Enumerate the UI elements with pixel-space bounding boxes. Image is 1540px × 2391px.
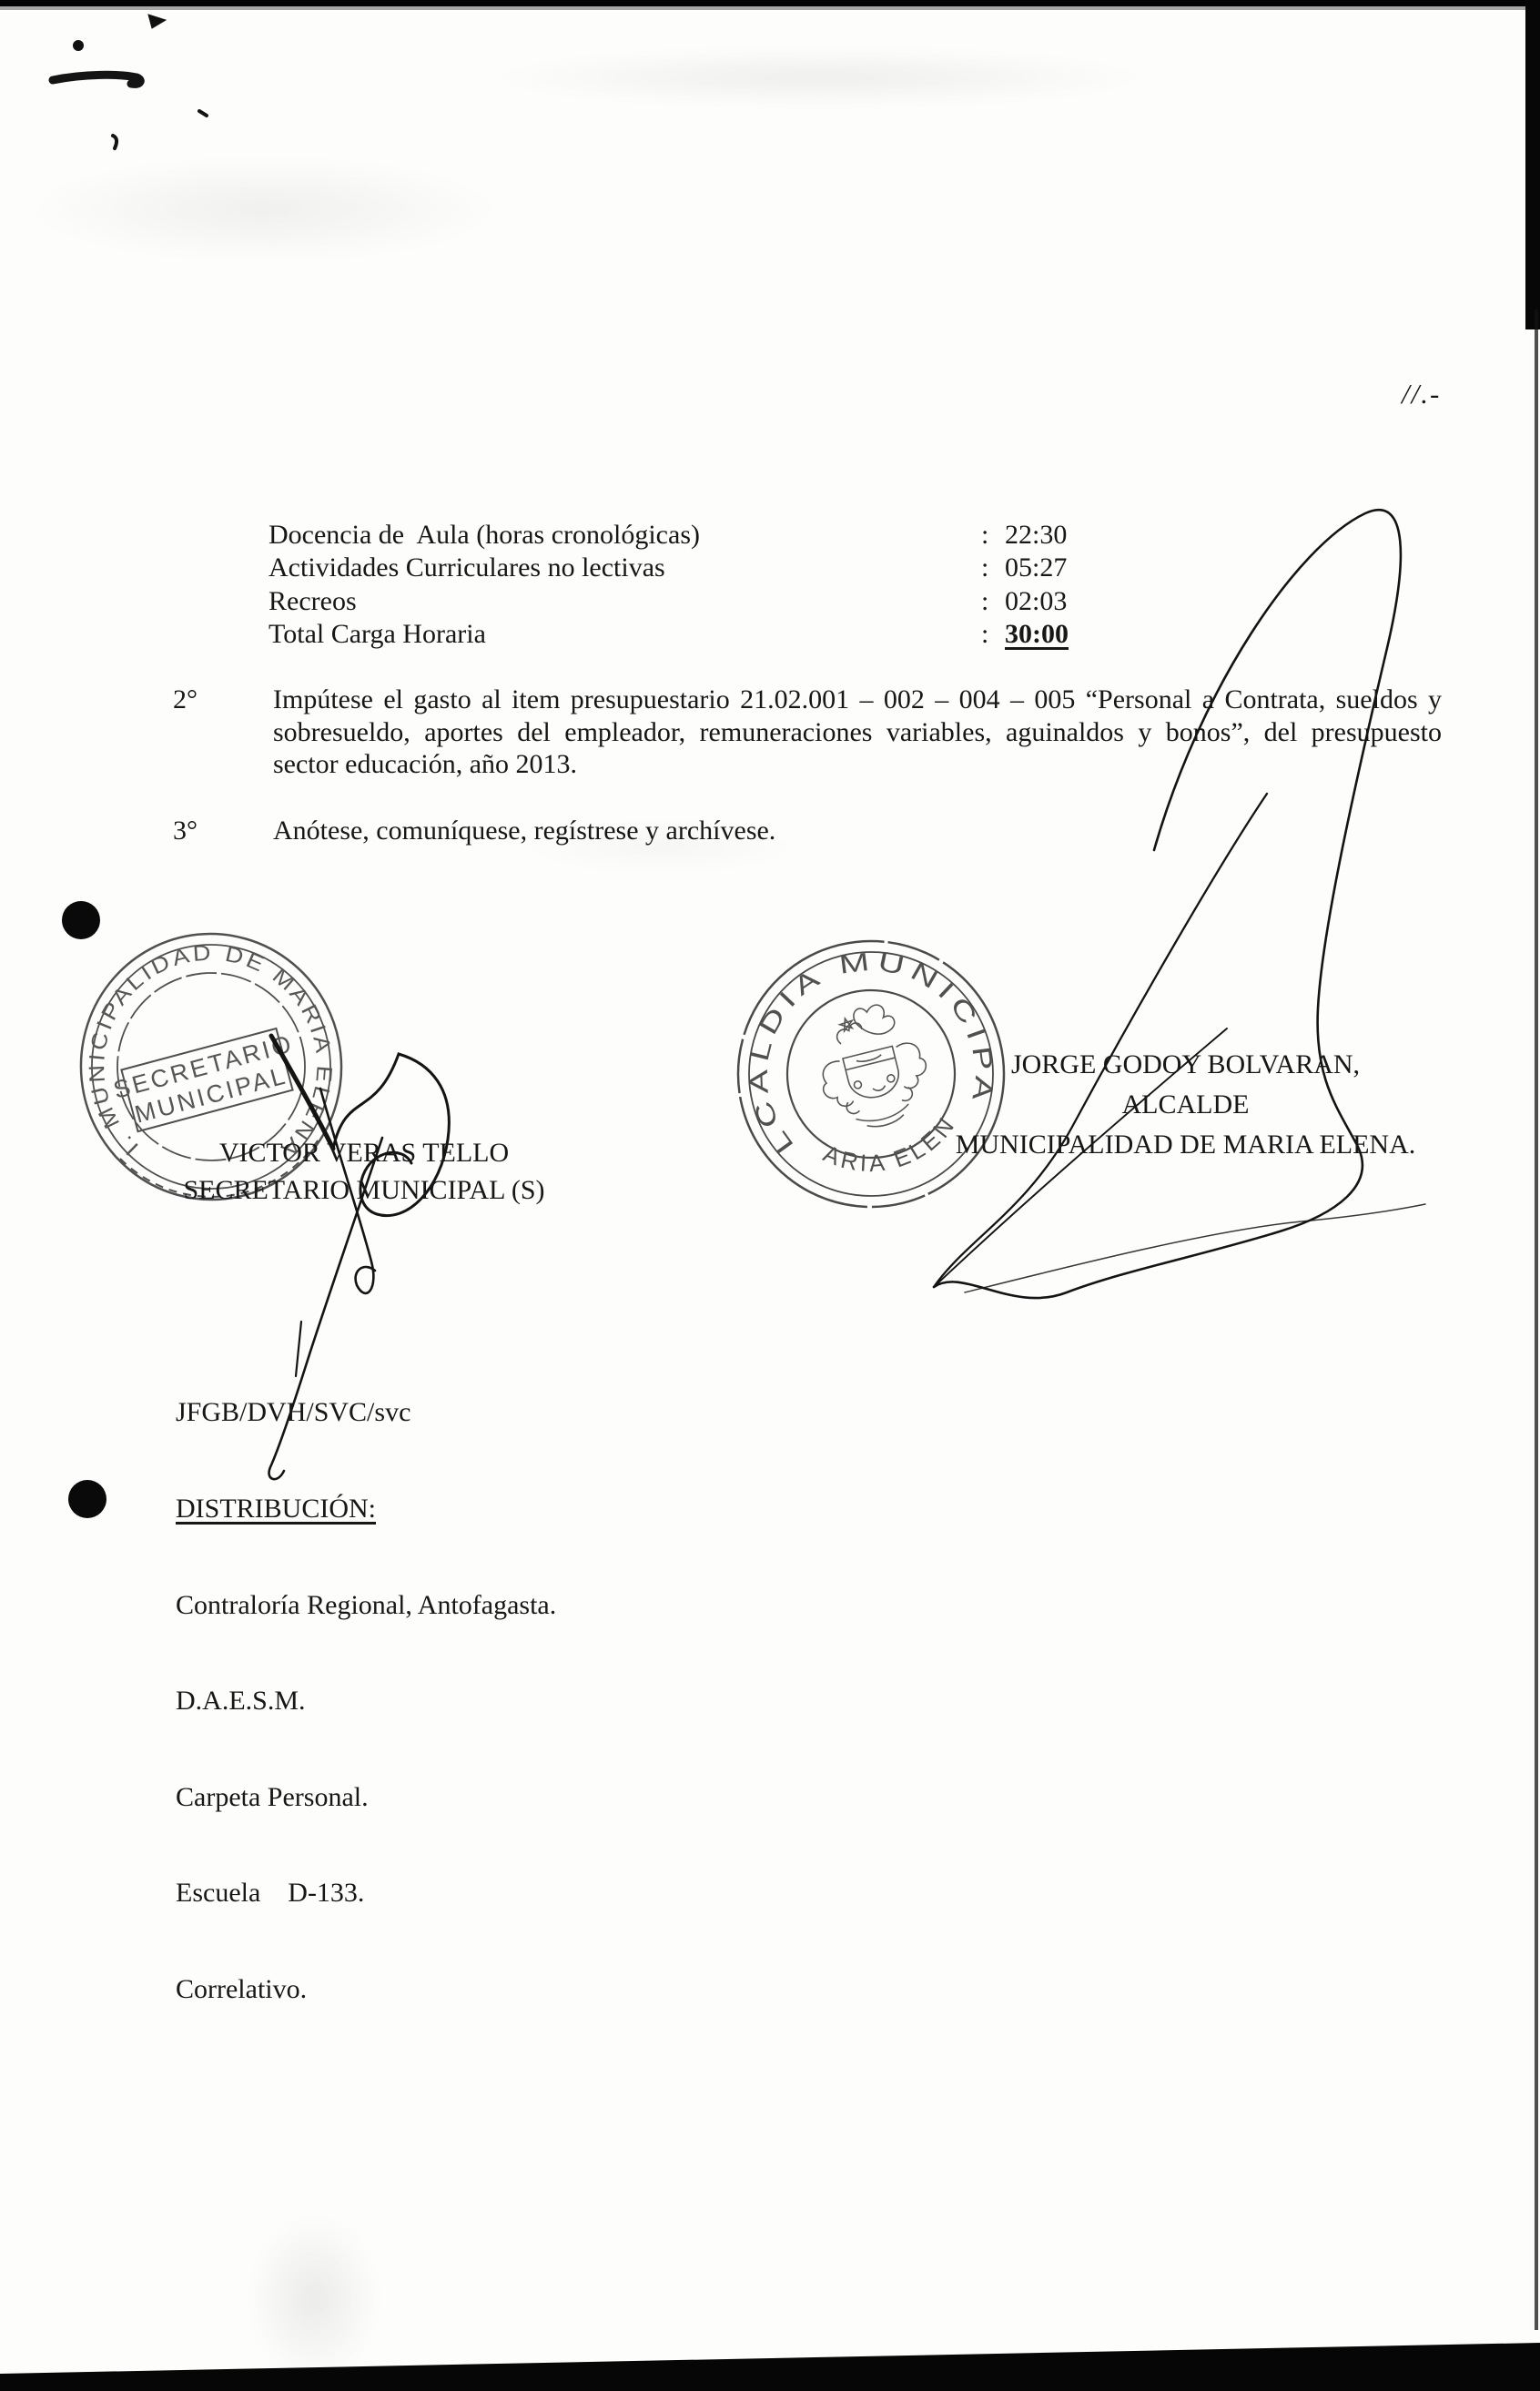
pen-mark-dot (73, 40, 84, 51)
distribution-item: D.A.E.S.M. (176, 1685, 556, 1717)
scan-edge-top (0, 0, 1540, 6)
pen-mark-dash (53, 75, 140, 84)
hours-row: Recreos:02:03 (268, 585, 1069, 618)
scan-edge-top-noise (0, 6, 1540, 10)
distribution-item: Correlativo. (176, 1973, 556, 2005)
hours-value: 05:27 (1005, 552, 1067, 584)
distribution-heading: DISTRIBUCIÓN: (176, 1493, 556, 1525)
pen-mark-arrow (148, 15, 166, 28)
scan-edge-right-line (1535, 309, 1538, 2330)
hours-label: Actividades Curriculares no lectivas (268, 552, 981, 584)
continuation-mark: //.- (1402, 378, 1441, 410)
hours-colon: : (981, 552, 1005, 584)
hours-colon: : (981, 618, 1005, 651)
footer-initials: JFGB/DVH/SVC/svc (176, 1396, 556, 1428)
item-3-number: 3° (173, 816, 198, 846)
distribution-item: Carpeta Personal. (176, 1781, 556, 1813)
paragraph-line: sobresueldo, aportes del empleador, remu… (273, 716, 1442, 749)
secretary-stamp-box: SECRETARIO MUNICIPAL (109, 1025, 305, 1134)
secretary-signature-block: VICTOR VERAS TELLO SECRETARIO MUNICIPAL … (155, 1134, 573, 1209)
pen-mark-comma (113, 136, 117, 148)
scan-edge-right (1525, 0, 1540, 329)
scan-smudge (473, 47, 1165, 107)
paragraph-line: Impútese el gasto al item presupuestario… (273, 684, 1442, 716)
hours-value: 02:03 (1005, 585, 1067, 618)
mayor-role: ALCALDE (928, 1085, 1443, 1125)
scan-smudge (18, 155, 510, 264)
hours-total-row: Total Carga Horaria:30:00 (268, 618, 1069, 651)
hours-row: Docencia de Aula (horas cronológicas):22… (268, 519, 1069, 552)
scan-smudge (246, 2212, 382, 2385)
hours-row: Actividades Curriculares no lectivas:05:… (268, 552, 1069, 584)
hours-label: Total Carga Horaria (268, 618, 981, 651)
pen-mark-tick (199, 111, 207, 116)
hours-colon: : (981, 585, 1005, 618)
mayor-name: JORGE GODOY BOLVARAN, (928, 1045, 1443, 1085)
hours-label: Recreos (268, 585, 981, 618)
scanned-document-page: //.- Docencia de Aula (horas cronológica… (0, 0, 1540, 2391)
mayor-org: MUNICIPALIDAD DE MARIA ELENA. (928, 1125, 1443, 1165)
distribution-item: Contraloría Regional, Antofagasta. (176, 1589, 556, 1621)
distribution-item: Escuela D-133. (176, 1877, 556, 1909)
secretary-name: VICTOR VERAS TELLO (155, 1134, 573, 1171)
item-3-text: Anótese, comuníquese, regístrese y archí… (273, 816, 775, 846)
hours-value: 22:30 (1005, 519, 1067, 552)
hours-total-value: 30:00 (1005, 618, 1069, 651)
hours-label: Docencia de Aula (horas cronológicas) (268, 519, 981, 552)
item-2-number: 2° (173, 684, 198, 715)
item-2-paragraph: Impútese el gasto al item presupuestario… (273, 684, 1442, 781)
mayor-signature-block: JORGE GODOY BOLVARAN, ALCALDE MUNICIPALI… (928, 1045, 1443, 1165)
footer-block: JFGB/DVH/SVC/svc DISTRIBUCIÓN: Contralor… (176, 1332, 556, 2070)
hours-table: Docencia de Aula (horas cronológicas):22… (268, 519, 1069, 651)
secretary-title: SECRETARIO MUNICIPAL (S) (155, 1171, 573, 1209)
hole-punch-dot (68, 1480, 106, 1518)
mayor-signature-stroke (965, 1204, 1425, 1292)
coat-of-arms (806, 997, 937, 1138)
hours-colon: : (981, 519, 1005, 552)
paragraph-line: sector educación, año 2013. (273, 748, 1442, 781)
